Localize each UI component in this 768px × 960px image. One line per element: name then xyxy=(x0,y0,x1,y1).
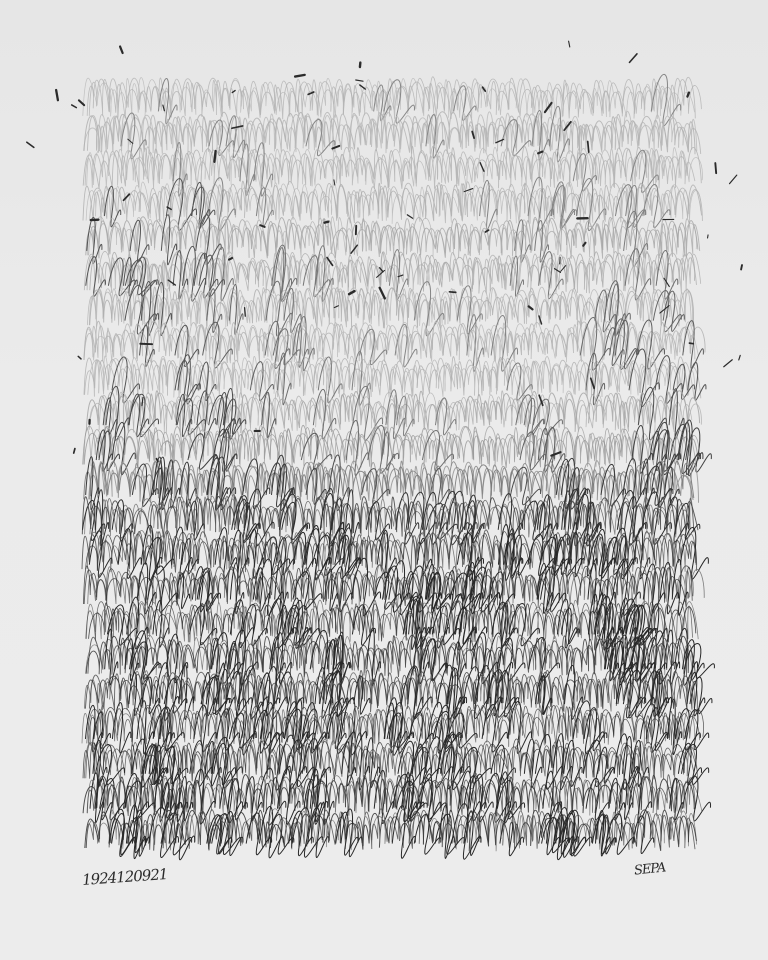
scribble-drawing xyxy=(0,0,768,960)
